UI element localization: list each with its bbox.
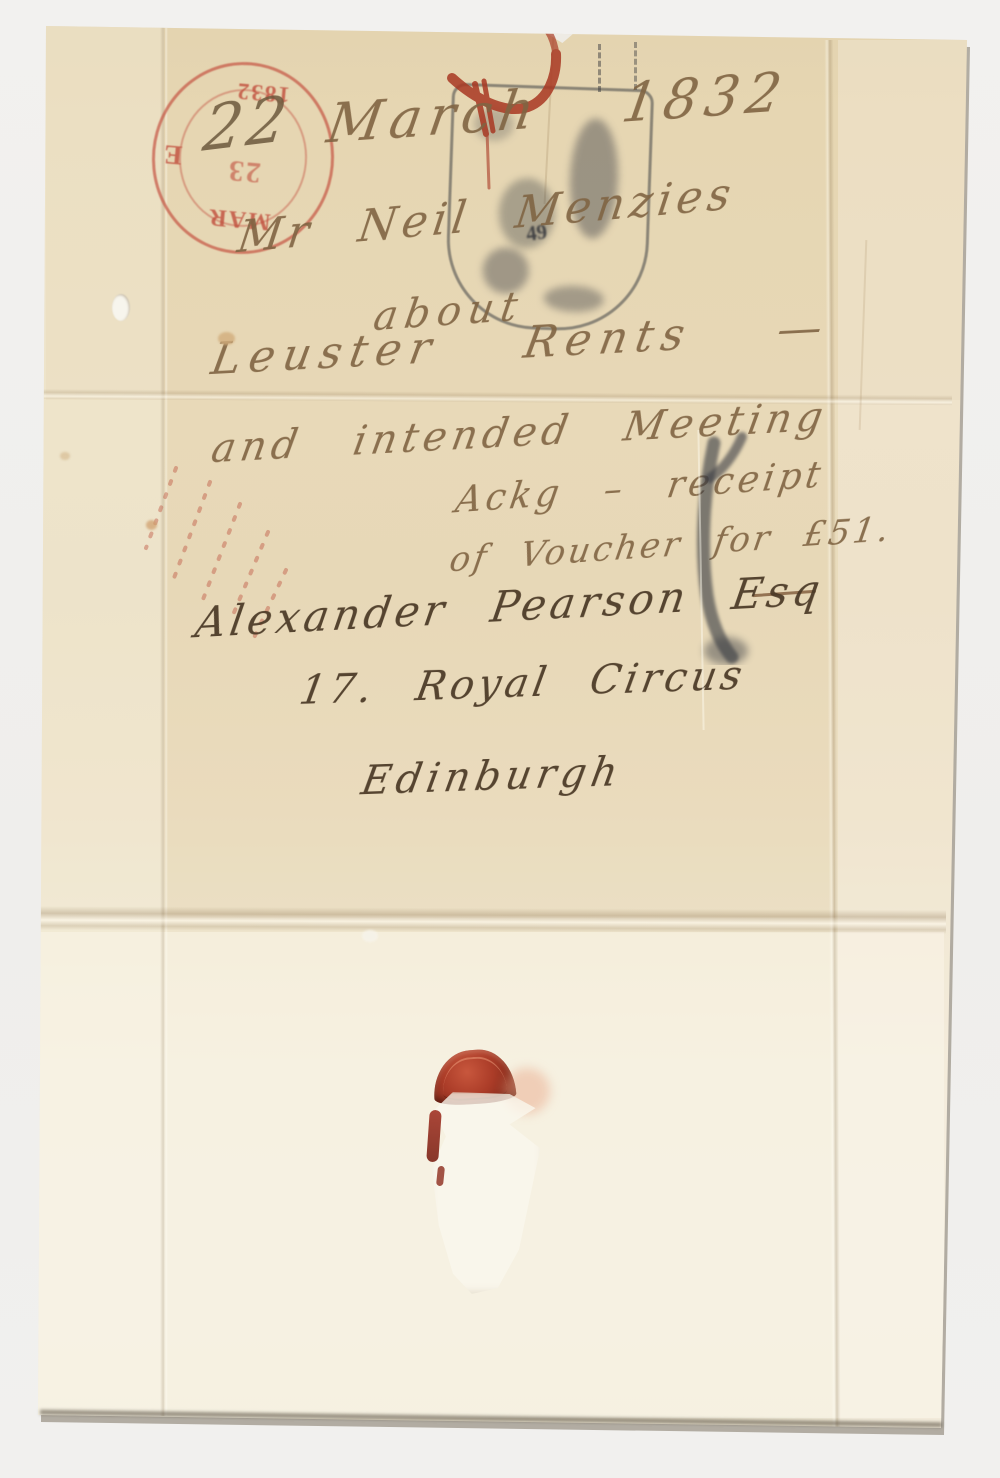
vertical-fold-right [824, 40, 840, 1428]
foxing-spot [146, 520, 157, 530]
wrinkle [859, 240, 868, 430]
docket-ack-line: Ackg – receipt [453, 454, 828, 521]
address-street: 17. Royal Circus [296, 652, 750, 714]
horizontal-fold-lower [38, 906, 946, 934]
foxing-spot [60, 452, 70, 460]
paper-chip [362, 930, 378, 942]
foxing-spot [218, 332, 235, 345]
docket-voucher-line: of Voucher for £51. [447, 509, 895, 580]
seal-tear-patch [427, 1092, 545, 1294]
top-edge-notch [538, 28, 580, 43]
letter-paper: MAR 23 1832 E 22 49 [0, 0, 1000, 1478]
address-city: Edinburgh [358, 749, 626, 804]
address-recipient: Alexander Pearson Esq [192, 565, 827, 647]
transit-stamp-smudge [543, 285, 604, 313]
paper-chip [112, 294, 130, 321]
scanned-letter-photo: MAR 23 1832 E 22 49 [0, 0, 1000, 1478]
red-datestamp-code-letter: E [161, 138, 184, 171]
manuscript-number: 22 [199, 81, 294, 166]
